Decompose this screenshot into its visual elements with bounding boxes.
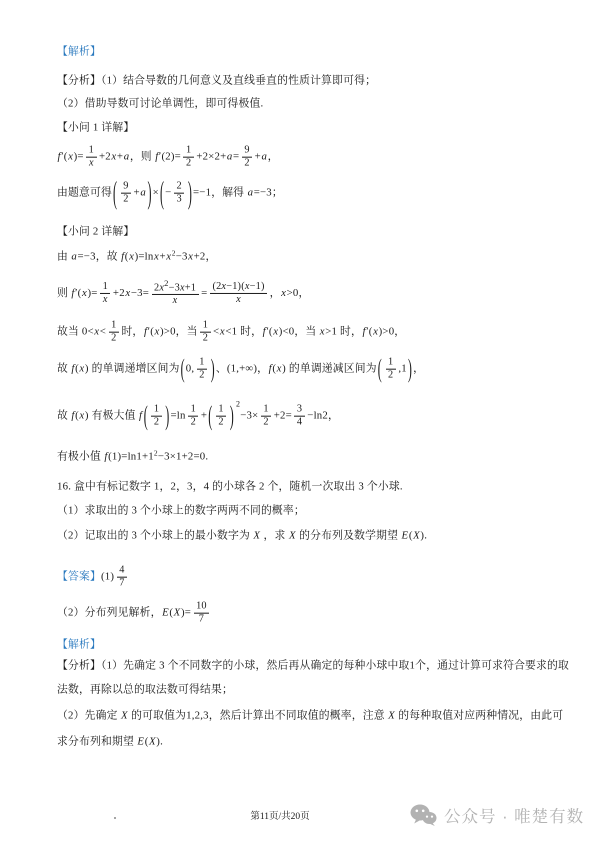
fraction: 12 — [188, 404, 198, 429]
big-paren: ) — [188, 174, 192, 211]
minimum-value: 有极小值 f(1)=ln1+12−3×1+2=0. — [57, 449, 208, 464]
analysis-16-line-3: （2）先确定 X 的可取值为1,2,3，然后计算出不同取值的概率，注意 X 的每… — [57, 710, 563, 723]
fraction: 12 — [200, 320, 210, 345]
fraction: 12 — [261, 404, 271, 429]
numerator: 2 — [174, 181, 184, 194]
formula-slope-equation: 由题意可得(92+a)×(−23)=−1，解得 a=−3； — [57, 181, 283, 206]
text-run: （2）记取出的 3 个小球上的最小数字为 X ，求 X 的分布列及数学期望 E(… — [57, 530, 427, 543]
solution-label-q16: 【解析】 — [57, 639, 101, 652]
fraction: 12 — [197, 357, 207, 382]
text-run: −ln2， — [307, 410, 339, 423]
numerator: 3 — [294, 404, 304, 417]
text-run: 故 f(x) 的单调递增区间为 — [57, 363, 180, 376]
text-run: f′(x)= — [57, 151, 84, 164]
text-run: （2）借助导数可讨论单调性，即可得极值. — [57, 98, 263, 111]
text-run: <x<1 时，f′(x)<0，当 x>1 时，f′(x)>0， — [213, 326, 405, 339]
text-run: 【分析】（1）先确定 3 个不同数字的小球，然后再从确定的每种小球中取1个，通过… — [57, 660, 569, 673]
text-run: 、(1,+∞)，f(x) 的单调递减区间为 — [216, 363, 377, 376]
text-run: （2）先确定 X 的可取值为1,2,3，然后计算出不同取值的概率，注意 X 的每… — [57, 710, 563, 723]
analysis-line-1: 【分析】（1）结合导数的几何意义及直线垂直的性质计算即可得； — [57, 75, 376, 88]
fraction: (2x−1)(x−1)x — [210, 281, 267, 306]
numerator: 9 — [242, 145, 252, 158]
denominator: 2 — [109, 333, 119, 345]
watermark-text: 公众号 · 唯楚有数 — [444, 803, 584, 827]
text-run: 由 a=−3，故 f(x)=lnx+x2−3x+2， — [57, 249, 217, 264]
fraction: 1x — [100, 281, 110, 306]
text-run: ，x>0， — [270, 287, 310, 300]
text-run: = — [201, 287, 207, 300]
fraction: 12 — [386, 357, 396, 382]
big-paren: ) — [211, 353, 215, 385]
numerator: 1 — [200, 320, 210, 333]
numerator: 1 — [109, 320, 119, 333]
question-16-part-1: （1）求取出的 3 个小球上的数字两两不同的概率； — [57, 505, 305, 518]
fraction: 92 — [121, 181, 131, 206]
text-run: 由题意可得 — [57, 187, 112, 200]
text-run: 故当 0<x< — [57, 326, 106, 339]
denominator: 2 — [183, 158, 193, 170]
text-run: + — [201, 410, 207, 423]
text-run: +2x+a，则 f′(2)= — [99, 151, 181, 164]
fraction: 34 — [294, 404, 304, 429]
monotonic-intervals: 故 f(x) 的单调递增区间为(0,12)、(1,+∞)，f(x) 的单调递减区… — [57, 357, 424, 382]
text-run: 【分析】（1）结合导数的几何意义及直线垂直的性质计算即可得； — [57, 75, 376, 88]
solution-label-q15: 【解析】 — [57, 46, 101, 59]
big-paren: ) — [165, 399, 169, 432]
analysis-line-2: （2）借助导数可讨论单调性，即可得极值. — [57, 98, 263, 111]
text-run: ,1 — [398, 363, 407, 376]
watermark: 公众号 · 唯楚有数 — [410, 803, 584, 827]
fraction: 12 — [109, 320, 119, 345]
big-paren: ) — [230, 399, 234, 432]
numerator: 1 — [216, 404, 226, 417]
big-paren: ( — [378, 353, 382, 385]
denominator: 2 — [197, 370, 207, 382]
text-run: （1）求取出的 3 个小球上的数字两两不同的概率； — [57, 505, 305, 518]
formula-derivative: f′(x)=1x+2x+a，则 f′(2)=12+2×2+a=92+a， — [57, 145, 279, 170]
text-run: × — [153, 187, 159, 200]
text-run: 有极小值 f(1)=ln1+12−3×1+2=0. — [57, 449, 208, 464]
numerator: 10 — [194, 601, 210, 614]
answer-label-line: 【答案】(1) 47 — [57, 565, 130, 590]
formula-function: 由 a=−3，故 f(x)=lnx+x2−3x+2， — [57, 249, 217, 264]
numerator: 1 — [86, 145, 96, 158]
answer-part-2: （2）分布列见解析，E(X)=107 — [57, 601, 212, 626]
maximum-value: 故 f(x) 有极大值 f(12)=ln12+(12)2−3×12+2=34−l… — [57, 404, 339, 429]
text-run: +2x−3= — [113, 287, 149, 300]
text-run: +a — [134, 187, 147, 200]
denominator: 2 — [200, 333, 210, 345]
text-run: 则 f′(x)= — [57, 287, 98, 300]
fraction: 2x2−3x+1x — [152, 279, 199, 307]
formula-derivative-factored: 则 f′(x)=1x+2x−3=2x2−3x+1x=(2x−1)(x−1)x，x… — [57, 279, 310, 307]
fraction: 107 — [194, 601, 210, 626]
denominator: x — [100, 293, 110, 305]
pdf-page: 【解析】【分析】（1）结合导数的几何意义及直线垂直的性质计算即可得；（2）借助导… — [0, 0, 596, 842]
denominator: x — [234, 293, 244, 305]
text-run: 时，f′(x)>0，当 — [121, 326, 197, 339]
question-16-part-2: （2）记取出的 3 个小球上的最小数字为 X ，求 X 的分布列及数学期望 E(… — [57, 530, 427, 543]
subquestion-1-header: 【小问 1 详解】 — [57, 122, 134, 135]
question-16: 16. 盒中有标记数字 1，2，3，4 的小球各 2 个，随机一次取出 3 个小… — [57, 481, 403, 494]
numerator: 1 — [151, 404, 161, 417]
section-label: 【解析】 — [57, 639, 101, 652]
section-label: 【答案】 — [57, 571, 101, 584]
denominator: 2 — [386, 370, 396, 382]
text-run: 0, — [186, 363, 195, 376]
text-run: 法数，再除以总的取法数可得结果； — [57, 684, 233, 697]
big-paren: ( — [113, 174, 117, 211]
denominator: 2 — [121, 194, 131, 206]
text-run: 故 f(x) 有极大值 f — [57, 410, 143, 423]
numerator: 9 — [121, 181, 131, 194]
big-paren: ( — [160, 174, 164, 211]
denominator: 2 — [261, 417, 271, 429]
text-run: =−1，解得 a=−3； — [193, 187, 283, 200]
analysis-16-line-1: 【分析】（1）先确定 3 个不同数字的小球，然后再从确定的每种小球中取1个，通过… — [57, 660, 569, 673]
numerator: 1 — [261, 404, 271, 417]
fraction: 12 — [216, 404, 226, 429]
big-paren: ) — [147, 174, 151, 211]
text-run: +a， — [255, 151, 279, 164]
denominator: 7 — [196, 614, 206, 626]
denominator: 2 — [216, 417, 226, 429]
text-run: +2×2+a= — [196, 151, 239, 164]
denominator: 7 — [117, 578, 127, 590]
big-paren: ( — [208, 399, 212, 432]
denominator: 2 — [151, 417, 161, 429]
fraction: 1x — [86, 145, 96, 170]
wechat-icon — [410, 804, 437, 827]
numerator: (2x−1)(x−1) — [210, 281, 267, 294]
text-run: 16. 盒中有标记数字 1，2，3，4 的小球各 2 个，随机一次取出 3 个小… — [57, 481, 403, 494]
text-run: （2）分布列见解析，E(X)= — [57, 607, 191, 620]
analysis-16-line-2: 法数，再除以总的取法数可得结果； — [57, 684, 233, 697]
numerator: 1 — [197, 357, 207, 370]
fraction: 47 — [117, 565, 127, 590]
subquestion-2-header: 【小问 2 详解】 — [57, 226, 134, 239]
denominator: 4 — [294, 417, 304, 429]
text-run: 求分布列和期望 E(X). — [57, 736, 163, 749]
text-run: +2= — [274, 410, 292, 423]
numerator: 1 — [183, 145, 193, 158]
text-run: − — [165, 187, 171, 200]
big-paren: ( — [181, 353, 185, 385]
fraction: 12 — [183, 145, 193, 170]
text-run: =ln — [170, 410, 185, 423]
denominator: 2 — [188, 417, 198, 429]
text-run: 【小问 1 详解】 — [57, 122, 134, 135]
text-run: −3× — [240, 410, 258, 423]
big-paren: ) — [408, 353, 412, 385]
numerator: 2x2−3x+1 — [152, 279, 199, 295]
fraction: 12 — [151, 404, 161, 429]
text-run: 【小问 2 详解】 — [57, 226, 134, 239]
section-label: 【解析】 — [57, 46, 101, 59]
big-paren: ( — [144, 399, 148, 432]
numerator: 1 — [188, 404, 198, 417]
fraction: 23 — [174, 181, 184, 206]
denominator: x — [170, 295, 180, 307]
numerator: 4 — [117, 565, 127, 578]
superscript: 2 — [236, 399, 240, 409]
fraction: 92 — [242, 145, 252, 170]
numerator: 1 — [100, 281, 110, 294]
denominator: 3 — [174, 194, 184, 206]
monotonicity-signs: 故当 0<x<12时，f′(x)>0，当12<x<1 时，f′(x)<0，当 x… — [57, 320, 405, 345]
denominator: 2 — [242, 158, 252, 170]
denominator: x — [86, 158, 96, 170]
text-run: (1) — [101, 571, 114, 584]
analysis-16-line-4: 求分布列和期望 E(X). — [57, 736, 163, 749]
numerator: 1 — [386, 357, 396, 370]
text-run: ， — [413, 363, 424, 376]
